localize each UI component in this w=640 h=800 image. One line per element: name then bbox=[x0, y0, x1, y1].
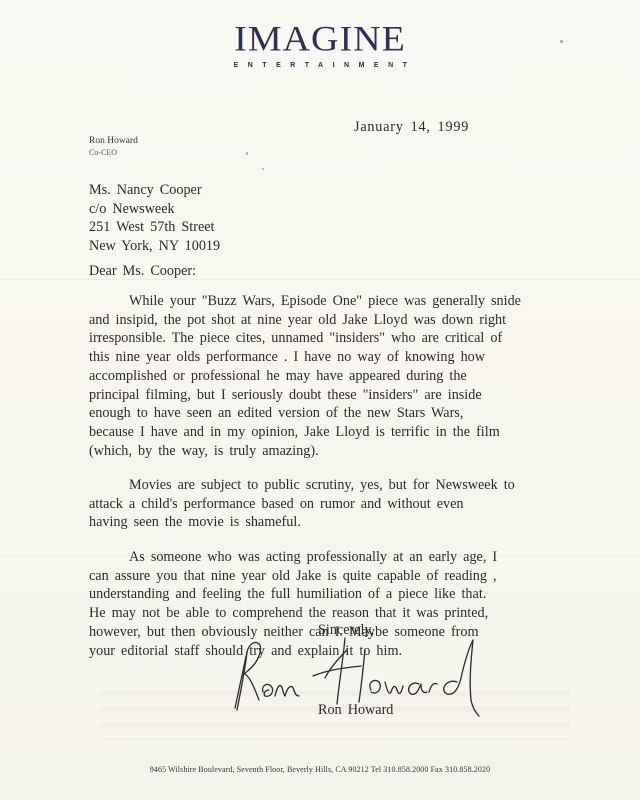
text-line: irresponsible. The piece cites, unnamed … bbox=[89, 329, 589, 348]
sender-title: Co-CEO bbox=[89, 148, 138, 157]
text-line: can assure you that nine year old Jake i… bbox=[89, 567, 589, 586]
address-line: c/o Newsweek bbox=[89, 200, 220, 219]
letter-date: January 14, 1999 bbox=[354, 118, 469, 137]
text-line: Movies are subject to public scrutiny, y… bbox=[89, 476, 589, 495]
signed-name: Ron Howard bbox=[318, 701, 393, 720]
text-line: accomplished or professional he may have… bbox=[89, 367, 589, 386]
text-line: As someone who was acting professionally… bbox=[89, 548, 589, 567]
company-subtitle: ENTERTAINMENT bbox=[0, 62, 640, 69]
letterhead-logo: IMAGINE ENTERTAINMENT bbox=[0, 20, 640, 69]
address-line: New York, NY 10019 bbox=[89, 237, 220, 256]
address-line: Ms. Nancy Cooper bbox=[89, 181, 220, 200]
text-line: He may not be able to comprehend the rea… bbox=[89, 604, 589, 623]
text-line: attack a child's performance based on ru… bbox=[89, 495, 589, 514]
paper-speck bbox=[262, 168, 264, 170]
paper-speck bbox=[246, 152, 248, 155]
body-paragraph-2: Movies are subject to public scrutiny, y… bbox=[89, 476, 589, 532]
text-line: enough to have seen an edited version of… bbox=[89, 404, 589, 423]
sender-name: Ron Howard bbox=[89, 136, 138, 146]
text-line: understanding and feeling the full humil… bbox=[89, 585, 589, 604]
sender-block: Ron Howard Co-CEO bbox=[89, 136, 138, 157]
text-line: because I have and in my opinion, Jake L… bbox=[89, 423, 589, 442]
text-line: principal filming, but I seriously doubt… bbox=[89, 386, 589, 405]
address-line: 251 West 57th Street bbox=[89, 218, 220, 237]
text-line: and insipid, the pot shot at nine year o… bbox=[89, 311, 589, 330]
letter-page: IMAGINE ENTERTAINMENT Ron Howard Co-CEO … bbox=[0, 0, 640, 800]
text-line: (which, by the way, is truly amazing). bbox=[89, 442, 589, 461]
letterhead-footer: 9465 Wilshire Boulevard, Seventh Floor, … bbox=[0, 765, 640, 774]
text-line: this nine year olds performance . I have… bbox=[89, 348, 589, 367]
salutation: Dear Ms. Cooper: bbox=[89, 262, 196, 281]
recipient-address: Ms. Nancy Cooper c/o Newsweek 251 West 5… bbox=[89, 181, 220, 256]
text-line: While your "Buzz Wars, Episode One" piec… bbox=[89, 292, 589, 311]
text-line: having seen the movie is shameful. bbox=[89, 513, 589, 532]
body-paragraph-1: While your "Buzz Wars, Episode One" piec… bbox=[89, 292, 589, 460]
company-name: IMAGINE bbox=[0, 21, 640, 57]
